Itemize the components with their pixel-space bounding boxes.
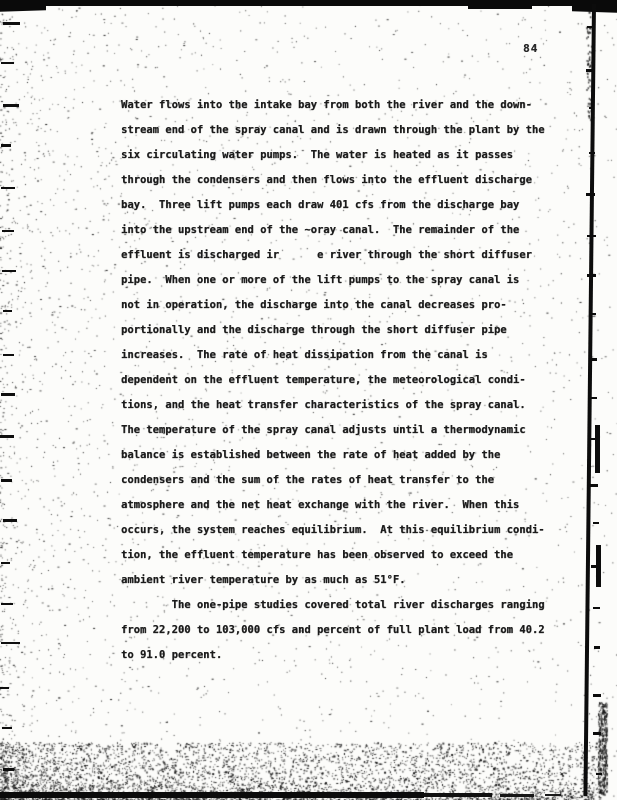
left-edge-dash (2, 727, 12, 730)
text-line: six circulating water pumps. The water i… (121, 143, 545, 168)
left-edge-dash (3, 310, 13, 313)
scan-top-left-mark (0, 0, 46, 12)
scanned-document-page: 84 Water flows into the intake bay from … (0, 0, 617, 800)
left-edge-dash (3, 354, 14, 357)
text-line: through the condensers and then flows in… (121, 168, 545, 193)
binding-edge-tick (593, 732, 601, 735)
text-line: pipe. When one or more of the lift pumps… (121, 268, 545, 293)
text-line: tions, and the heat transfer characteris… (121, 393, 545, 418)
binding-edge-tick (589, 313, 597, 316)
text-line: not in operation, the discharge into the… (121, 293, 545, 318)
binding-edge-tick (593, 522, 599, 525)
text-line: portionally and the discharge through th… (121, 318, 545, 343)
binding-edge-thick-segment (595, 425, 600, 473)
left-edge-dash (3, 104, 19, 107)
binding-edge-line (583, 4, 595, 796)
left-edge-dash (0, 687, 9, 690)
left-edge-dash (2, 230, 13, 233)
left-edge-dash (0, 435, 14, 438)
text-line: bay. Three lift pumps each draw 401 cfs … (121, 193, 545, 218)
text-line: The temperature of the spray canal adjus… (121, 418, 545, 443)
left-edge-dash (1, 393, 15, 396)
binding-edge-tick (591, 565, 599, 568)
binding-edge-tick (593, 694, 601, 697)
binding-edge-tick (589, 484, 598, 487)
left-edge-dash (1, 62, 14, 65)
scan-bottom-edge (0, 792, 424, 798)
left-edge-dash (3, 519, 17, 522)
left-edge-dash (1, 603, 13, 606)
left-edge-dash (1, 144, 11, 147)
text-line: atmosphere and the net heat exchange wit… (121, 493, 545, 518)
binding-edge-tick (591, 438, 598, 441)
page-number: 84 (523, 42, 538, 55)
binding-edge-tick (593, 607, 599, 610)
text-line: from 22,200 to 103,000 cfs and percent o… (121, 618, 545, 643)
text-line: Water flows into the intake bay from bot… (121, 93, 545, 118)
binding-edge-tick (589, 152, 595, 155)
text-line: condensers and the sum of the rates of h… (121, 468, 545, 493)
text-line: The one-pipe studies covered total river… (121, 593, 545, 618)
scan-bottom-edge-segment-2 (424, 793, 492, 797)
text-line: to 91.0 percent. (121, 643, 545, 668)
text-line: increases. The rate of heat dissipation … (121, 343, 545, 368)
left-edge-dash (1, 187, 15, 190)
binding-edge-tick (587, 235, 595, 238)
text-line: ambient river temperature by as much as … (121, 568, 545, 593)
binding-edge-tick (586, 69, 594, 72)
text-line: effluent is discharged ir e river throug… (121, 243, 545, 268)
text-line: occurs, the system reaches equilibrium. … (121, 518, 545, 543)
left-edge-dash (3, 768, 14, 771)
text-line: into the upstream end of the ~oray canal… (121, 218, 545, 243)
text-line: tion, the effluent temperature has been … (121, 543, 545, 568)
document-text: Water flows into the intake bay from bot… (121, 93, 545, 668)
binding-edge-tick (586, 193, 595, 196)
binding-edge-tick (589, 358, 597, 361)
left-edge-dash (1, 562, 10, 565)
binding-edge-tick (589, 397, 597, 400)
binding-edge-tick (596, 773, 602, 776)
scan-bottom-edge-segment-3 (500, 794, 534, 797)
left-edge-dash (2, 270, 17, 273)
text-line: balance is established between the rate … (121, 443, 545, 468)
binding-edge-tick (594, 646, 600, 649)
text-line: dependent on the effluent temperature, t… (121, 368, 545, 393)
binding-edge-tick (587, 26, 594, 29)
left-edge-dash (1, 642, 20, 645)
left-edge-dash (1, 479, 12, 482)
text-line: stream end of the spray canal and is dra… (121, 118, 545, 143)
scan-bottom-edge-segment-4 (545, 794, 561, 796)
binding-edge-tick (587, 274, 596, 277)
binding-edge-tick (589, 107, 595, 110)
left-edge-dash (3, 22, 21, 25)
scan-top-mid-mark (468, 0, 532, 9)
